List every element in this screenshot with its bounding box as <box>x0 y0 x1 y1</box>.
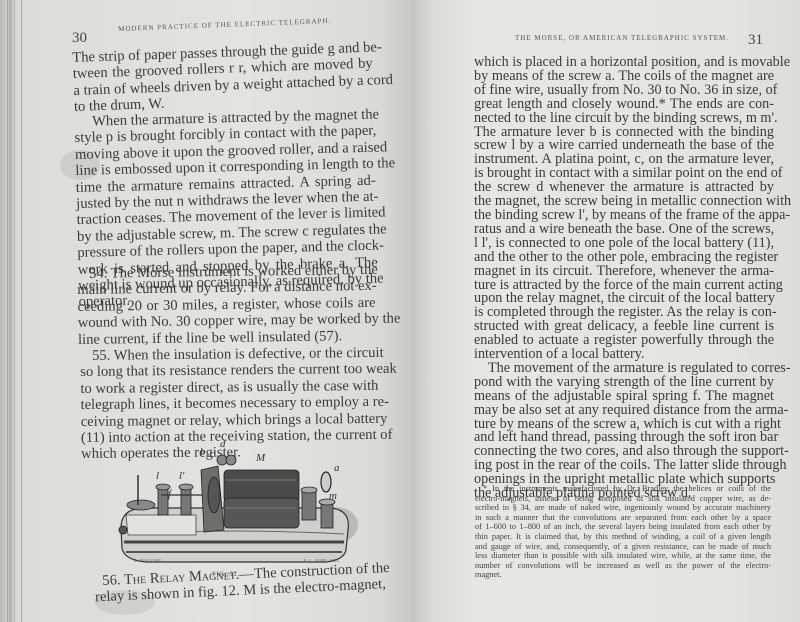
left-body-text: The strip of paper passes through the gu… <box>72 40 374 116</box>
figure-label-l: l <box>156 470 159 482</box>
footnote-line: * In the instruments manufactured by Dr.… <box>475 484 771 494</box>
book-spine-edge <box>4 0 24 622</box>
left-page: 30 MODERN PRACTICE OF THE ELECTRIC TELEG… <box>0 0 412 622</box>
page-number: 30 <box>72 30 87 47</box>
left-body-text: 55. When the insulation is defective, or… <box>80 345 379 463</box>
figure-label-M: M <box>256 452 265 464</box>
figure-label-m: m <box>329 490 337 502</box>
figure-label-f: f <box>168 488 171 500</box>
figure-label-b: b <box>200 446 206 458</box>
running-head: THE MORSE, OR AMERICAN TELEGRAPHIC SYSTE… <box>515 34 729 42</box>
footnote: * In the instruments manufactured by Dr.… <box>475 484 771 580</box>
relay-magnet-figure: b c d M l l' f a m E. MAGUIRE F. L. POPE… <box>116 450 366 565</box>
right-page: THE MORSE, OR AMERICAN TELEGRAPHIC SYSTE… <box>412 0 800 622</box>
figure-label-a: a <box>334 462 340 474</box>
relay-magnet-illustration <box>116 450 366 565</box>
footnote-line: number of convolutions will be increased… <box>475 561 771 571</box>
right-body-text: which is placed in a horizontal position… <box>474 56 774 501</box>
footnote-line: less diameter than is possible with silk… <box>475 551 771 561</box>
figure-label-l-prime: l' <box>179 470 184 482</box>
running-head: MODERN PRACTICE OF THE ELECTRIC TELEGRAP… <box>118 17 331 33</box>
footnote-line: electro-magnets, instead of being compos… <box>475 494 771 504</box>
footnote-line: scribed in § 34, are made of naked wire,… <box>475 503 771 513</box>
left-body-text: 54. The Morse instrument is worked eithe… <box>77 262 376 348</box>
footnote-line: and gauge of wire, and, consequently, of… <box>475 542 771 552</box>
figure-label-c: c <box>210 448 215 460</box>
book-spread: 30 MODERN PRACTICE OF THE ELECTRIC TELEG… <box>0 0 800 622</box>
footnote-line: thin paper. It is claimed that, by this … <box>475 532 771 542</box>
footnote-line: of 1–600 to 1–800 of an inch, the severa… <box>475 522 771 532</box>
figure-label-d: d <box>220 438 226 450</box>
footnote-line: magnet. <box>475 570 771 580</box>
page-number: 31 <box>748 32 763 49</box>
footnote-line: in such a manner that the convolutions a… <box>475 513 771 523</box>
left-body-text-section-56: 56. The Relay Magnet.—The construction o… <box>102 560 385 606</box>
engraver-credit-left: E. MAGUIRE <box>134 558 162 563</box>
